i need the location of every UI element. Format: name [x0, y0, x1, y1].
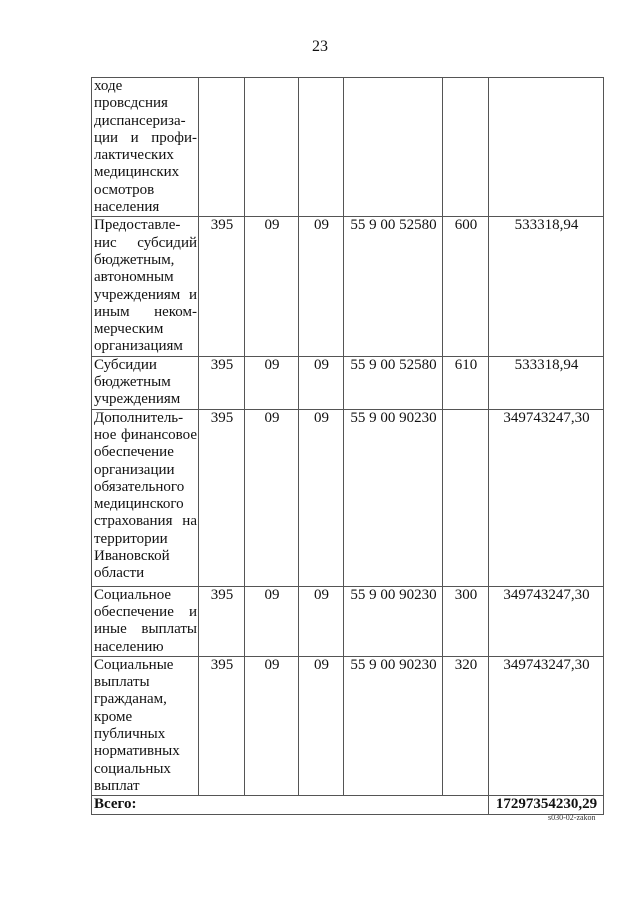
ministry-code: 395: [199, 217, 245, 356]
expense-type-code: 600: [443, 217, 489, 356]
expense-type-code: 320: [443, 656, 489, 795]
section-code: 09: [245, 656, 299, 795]
amount: 533318,94: [489, 356, 604, 409]
section-code: 09: [245, 586, 299, 656]
target-article-code: [344, 78, 443, 217]
target-article-code: 55 9 00 90230: [344, 656, 443, 795]
budget-table-body: ходепровсдсниядиспансериза-ции и профи-л…: [92, 78, 604, 815]
row-name-line: провсдсния: [94, 95, 197, 112]
row-name-line: организациям: [94, 338, 197, 355]
row-name-line: учреждениям: [94, 391, 197, 408]
ministry-code: 395: [199, 656, 245, 795]
row-name-line: медицинских: [94, 164, 197, 181]
section-code: 09: [245, 217, 299, 356]
page-number: 23: [0, 38, 640, 56]
row-name-line: бюджетным: [94, 374, 197, 391]
row-name-line: учреждениям и: [94, 287, 197, 304]
row-name-line: диспансериза-: [94, 113, 197, 130]
total-row: Всего: 17297354230,29: [92, 796, 604, 814]
row-name-line: осмотров: [94, 182, 197, 199]
row-name-line: территории: [94, 531, 197, 548]
table-row: Предоставле-нис субсидийбюджетным,автоно…: [92, 217, 604, 356]
section-code: 09: [245, 356, 299, 409]
table-row: Дополнитель-ное финансовоеобеспечениеорг…: [92, 409, 604, 586]
ministry-code: 395: [199, 356, 245, 409]
row-name-line: обязательного: [94, 479, 197, 496]
row-name-line: Ивановской: [94, 548, 197, 565]
row-name-line: страхования на: [94, 513, 197, 530]
row-name: ходепровсдсниядиспансериза-ции и профи-л…: [92, 78, 199, 217]
row-name-line: населению: [94, 639, 197, 656]
target-article-code: 55 9 00 52580: [344, 217, 443, 356]
row-name-line: нис субсидий: [94, 235, 197, 252]
table-row: Социальныевыплатыгражданам,кромепубличны…: [92, 656, 604, 795]
target-article-code: 55 9 00 90230: [344, 409, 443, 586]
amount: 349743247,30: [489, 656, 604, 795]
row-name-line: Социальное: [94, 587, 197, 604]
subsection-code: 09: [299, 656, 344, 795]
ministry-code: 395: [199, 586, 245, 656]
row-name-line: автономным: [94, 269, 197, 286]
budget-table: ходепровсдсниядиспансериза-ции и профи-л…: [91, 77, 604, 815]
ministry-code: 395: [199, 409, 245, 586]
row-name-line: ходе: [94, 78, 197, 95]
row-name: Социальноеобеспечение ииные выплатынасел…: [92, 586, 199, 656]
table-row: Субсидиибюджетнымучреждениям395090955 9 …: [92, 356, 604, 409]
row-name-line: выплаты: [94, 674, 197, 691]
row-name-line: обеспечение: [94, 444, 197, 461]
row-name-line: лактических: [94, 147, 197, 164]
subsection-code: [299, 78, 344, 217]
row-name-line: социальных: [94, 761, 197, 778]
subsection-code: 09: [299, 217, 344, 356]
row-name: Дополнитель-ное финансовоеобеспечениеорг…: [92, 409, 199, 586]
row-name: Предоставле-нис субсидийбюджетным,автоно…: [92, 217, 199, 356]
row-name: Субсидиибюджетнымучреждениям: [92, 356, 199, 409]
subsection-code: 09: [299, 356, 344, 409]
row-name-line: выплат: [94, 778, 197, 795]
row-name-line: нормативных: [94, 743, 197, 760]
amount: [489, 78, 604, 217]
table-row: ходепровсдсниядиспансериза-ции и профи-л…: [92, 78, 604, 217]
expense-type-code: 610: [443, 356, 489, 409]
section-code: 09: [245, 409, 299, 586]
table-row: Социальноеобеспечение ииные выплатынасел…: [92, 586, 604, 656]
row-name-line: Социальные: [94, 657, 197, 674]
row-name-line: Субсидии: [94, 357, 197, 374]
row-name-line: области: [94, 565, 197, 582]
expense-type-code: [443, 409, 489, 586]
subsection-code: 09: [299, 586, 344, 656]
target-article-code: 55 9 00 90230: [344, 586, 443, 656]
total-sum: 17297354230,29: [489, 796, 604, 814]
row-name-line: кроме: [94, 709, 197, 726]
section-code: [245, 78, 299, 217]
target-article-code: 55 9 00 52580: [344, 356, 443, 409]
document-code: s030-02-zakon: [548, 813, 596, 822]
subsection-code: 09: [299, 409, 344, 586]
total-label: Всего:: [92, 796, 489, 814]
row-name-line: медицинского: [94, 496, 197, 513]
row-name-line: публичных: [94, 726, 197, 743]
row-name-line: населения: [94, 199, 197, 216]
row-name-line: ции и профи-: [94, 130, 197, 147]
row-name-line: иным неком-: [94, 304, 197, 321]
row-name-line: Дополнитель-: [94, 410, 197, 427]
expense-type-code: [443, 78, 489, 217]
row-name-line: гражданам,: [94, 691, 197, 708]
amount: 349743247,30: [489, 586, 604, 656]
ministry-code: [199, 78, 245, 217]
expense-type-code: 300: [443, 586, 489, 656]
row-name-line: ное финансовое: [94, 427, 197, 444]
row-name: Социальныевыплатыгражданам,кромепубличны…: [92, 656, 199, 795]
amount: 349743247,30: [489, 409, 604, 586]
amount: 533318,94: [489, 217, 604, 356]
row-name-line: мерческим: [94, 321, 197, 338]
row-name-line: Предоставле-: [94, 217, 197, 234]
row-name-line: иные выплаты: [94, 621, 197, 638]
row-name-line: бюджетным,: [94, 252, 197, 269]
row-name-line: организации: [94, 462, 197, 479]
row-name-line: обеспечение и: [94, 604, 197, 621]
